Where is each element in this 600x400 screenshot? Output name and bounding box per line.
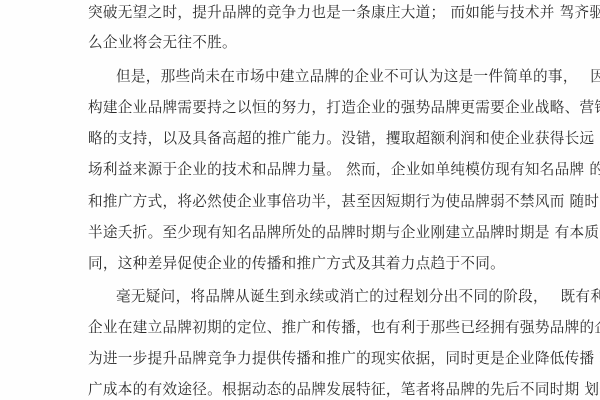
text-line: 为进一步提升品牌竞争力提供传播和推广的现实依据，同时更是企业降低传播 和推 [88, 349, 518, 369]
text-line: 和推广方式，将必然使企业事倍功半，甚至因短期行为使品牌弱不禁风而 随时可能 [88, 192, 518, 212]
document-page: 突破无望之时，提升品牌的竞争力也是一条康庄大道； 而如能与技术并 驾齐驱，那 么… [0, 0, 600, 400]
text-line: 突破无望之时，提升品牌的竞争力也是一条康庄大道； 而如能与技术并 驾齐驱，那 [88, 3, 518, 23]
text-line: 场利益来源于企业的技术和品牌力量。 然而，企业如单纯模仿现有知名品牌 的传播 [88, 160, 518, 180]
text-line: 么企业将会无往不胜。 [88, 33, 518, 53]
text-line: 同，这种差异促使企业的传播和推广方式及其着力点趋于不同。 [88, 254, 518, 274]
paragraph-start-line: 但是，那些尚未在市场中建立品牌的企业不可认为这是一件简单的事， 因为 [116, 67, 546, 87]
paragraph-start-line: 毫无疑问，将品牌从诞生到永续或消亡的过程划分出不同的阶段， 既有利于 [116, 287, 546, 307]
text-line: 构建企业品牌需要持之以恒的努力，打造企业的强势品牌更需要企业战略、营销 战 [88, 98, 518, 118]
text-line: 略的支持，以及具备高超的推广能力。没错，攫取超额利润和使企业获得长远 的市 [88, 129, 518, 149]
text-line: 企业在建立品牌初期的定位、推广和传播，也有利于那些已经拥有强势品牌的企 业 [88, 318, 518, 338]
text-line: 广成本的有效途径。根据动态的品牌发展特征，笔者将品牌的先后不同时期 划分为 [88, 380, 518, 400]
text-line: 半途夭折。至少现有知名品牌所处的品牌时期与企业刚建立品牌时期是 有本质的不 [88, 223, 518, 243]
